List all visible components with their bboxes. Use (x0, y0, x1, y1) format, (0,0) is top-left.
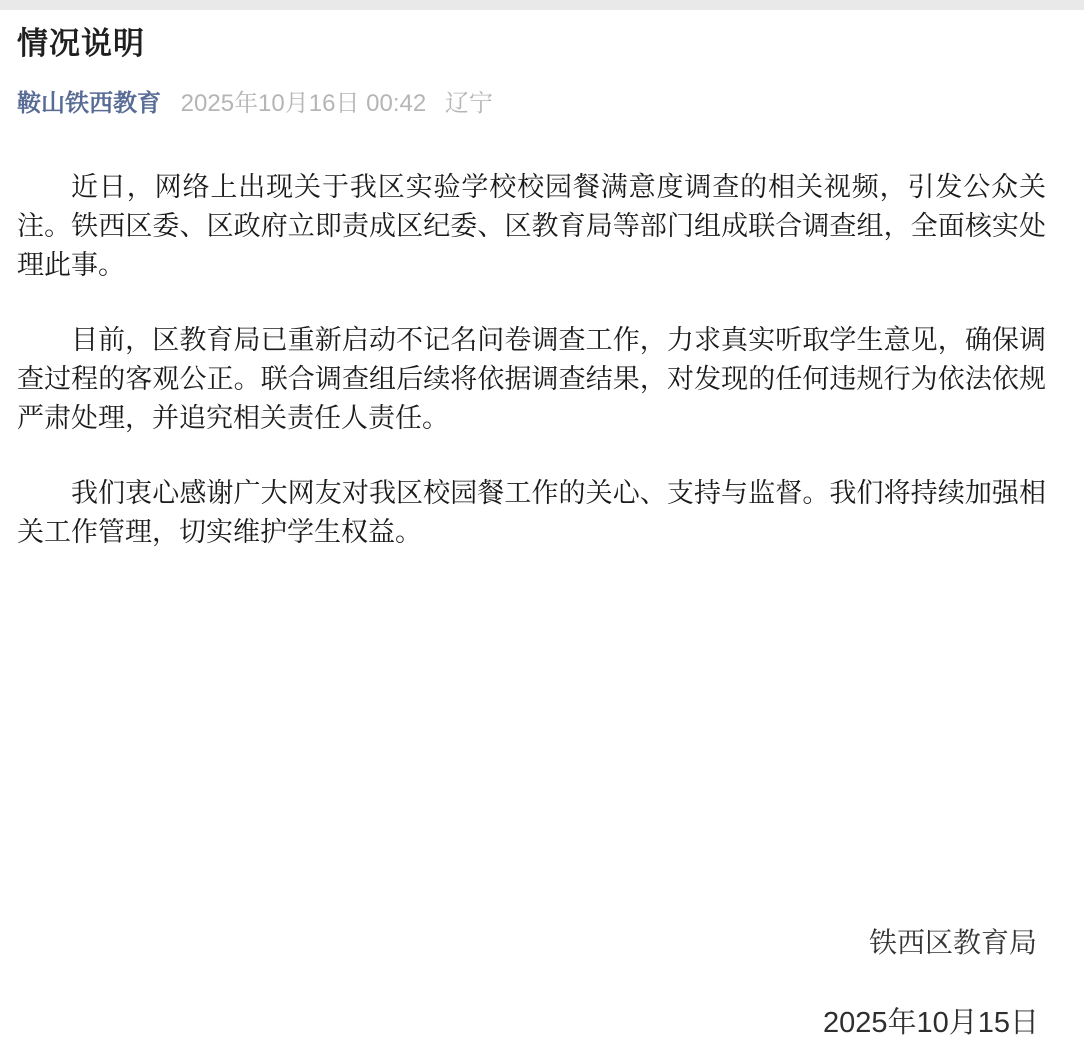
article-container: 情况说明 鞍山铁西教育 2025年10月16日 00:42 辽宁 近日，网络上出… (0, 10, 1084, 588)
paragraph: 近日，网络上出现关于我区实验学校校园餐满意度调查的相关视频，引发公众关注。铁西区… (17, 168, 1046, 285)
paragraph: 目前，区教育局已重新启动不记名问卷调查工作，力求真实听取学生意见，确保调查过程的… (17, 321, 1046, 438)
signature-date: 2025年10月15日 (823, 1006, 1039, 1040)
article-page: 情况说明 鞍山铁西教育 2025年10月16日 00:42 辽宁 近日，网络上出… (0, 0, 1084, 1062)
publish-location: 辽宁 (445, 90, 493, 117)
article-meta-row: 鞍山铁西教育 2025年10月16日 00:42 辽宁 (17, 89, 1046, 119)
paragraph: 我们衷心感谢广大网友对我区校园餐工作的关心、支持与监督。我们将持续加强相关工作管… (17, 474, 1046, 552)
account-name-link[interactable]: 鞍山铁西教育 (17, 90, 161, 117)
article-body: 近日，网络上出现关于我区实验学校校园餐满意度调查的相关视频，引发公众关注。铁西区… (17, 168, 1046, 552)
publish-datetime: 2025年10月16日 00:42 (181, 90, 427, 117)
page-top-strip (0, 0, 1084, 10)
signature-organization: 铁西区教育局 (869, 926, 1037, 960)
article-title: 情况说明 (17, 23, 1046, 65)
